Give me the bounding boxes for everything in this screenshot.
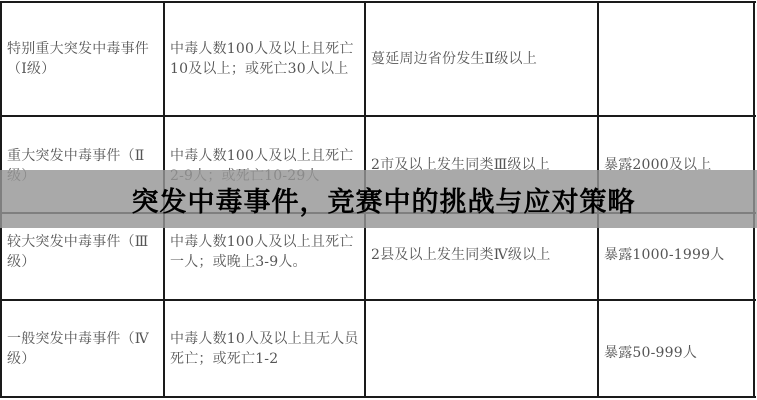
table-row-level-4-spread xyxy=(366,301,597,396)
table-row-level-4-name: 一般突发中毒事件（Ⅳ级） xyxy=(2,301,163,396)
table-row-level-1-spread: 蔓延周边省份发生Ⅱ级以上 xyxy=(366,3,597,115)
table-row-level-1-criteria: 中毒人数100人及以上且死亡10及以上；或死亡30人以上 xyxy=(165,3,364,115)
level-cell: 特别重大突发中毒事件（Ⅰ级） xyxy=(7,39,159,79)
title-banner: 突发中毒事件，竞赛中的挑战与应对策略 xyxy=(0,170,757,228)
criteria-cell: 中毒人数100人及以上且死亡10及以上；或死亡30人以上 xyxy=(170,39,360,79)
exposure-cell: 暴露1000-1999人 xyxy=(604,245,724,265)
criteria-cell: 中毒人数100人及以上且死亡一人；或晚上3-9人。 xyxy=(170,232,360,272)
spread-cell: 2县及以上发生同类Ⅳ级以上 xyxy=(371,245,551,265)
table-border-bottom xyxy=(0,396,756,398)
spread-cell: 蔓延周边省份发生Ⅱ级以上 xyxy=(371,49,537,69)
table-row-level-1-name: 特别重大突发中毒事件（Ⅰ级） xyxy=(2,3,163,115)
table-row-level-4-criteria: 中毒人数10人及以上且无人员死亡；或死亡1-2 xyxy=(165,301,364,396)
level-cell: 一般突发中毒事件（Ⅳ级） xyxy=(7,329,159,369)
criteria-cell: 中毒人数10人及以上且无人员死亡；或死亡1-2 xyxy=(170,329,360,369)
table-row-level-4-exposure: 暴露50-999人 xyxy=(599,301,753,396)
table-row-level-1-exposure xyxy=(599,3,753,115)
level-cell: 较大突发中毒事件（Ⅲ级） xyxy=(7,232,159,272)
banner-title: 突发中毒事件，竞赛中的挑战与应对策略 xyxy=(122,180,636,219)
exposure-cell: 暴露50-999人 xyxy=(604,343,697,363)
